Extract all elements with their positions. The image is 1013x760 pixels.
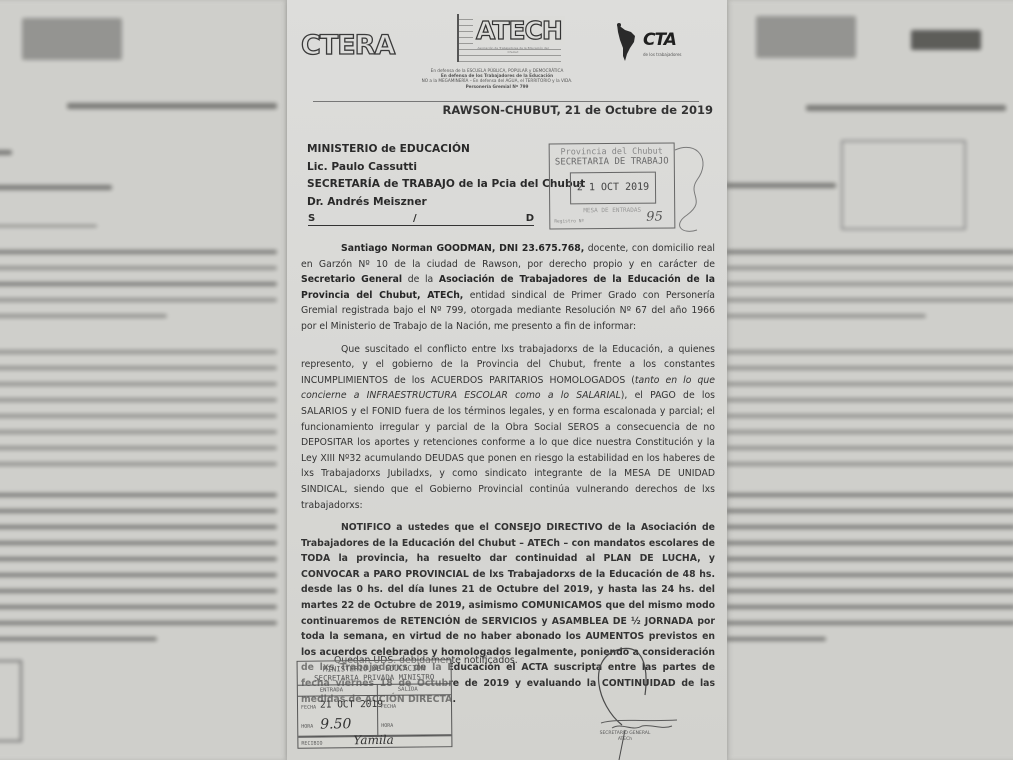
sd-slash: / (413, 213, 417, 224)
recibio-signature: Yamila (353, 733, 394, 747)
fecha-value: 21 OCT 2019 (320, 699, 383, 711)
fecha-label: FECHA (301, 705, 316, 711)
header-divider (313, 101, 699, 102)
secretaria-trabajo-stamp: Provincia del Chubut SECRETARIA DE TRABA… (549, 142, 676, 229)
fecha-label-salida: FECHA (381, 704, 396, 710)
atech-logo: ATECH Asociación de Trabajadores de la E… (457, 14, 561, 62)
latin-america-map-icon (615, 22, 643, 62)
document-page: CTERA ATECH Asociación de Trabajadores d… (287, 0, 727, 760)
header-tagline: En defensa de la ESCUELA PÚBLICA, POPULA… (327, 68, 667, 89)
cta-logo: CTA de los trabajadores (615, 22, 705, 62)
stamp-col-entrada: ENTRADA (320, 687, 343, 693)
stamp-line: SECRETARIA DE TRABAJO (550, 156, 674, 167)
ministerio-entry-stamp: MINISTERIO DE EDUCACION SECRETARIA PRIVA… (297, 659, 453, 749)
signature-caption: SECRETARIO GENERAL ATECh (595, 731, 655, 743)
text-span: ), el PAGO de los SALARIOS y el FONID fu… (301, 390, 715, 510)
recipient-line: Dr. Andrés Meiszner (307, 196, 585, 214)
cta-logo-subtitle: de los trabajadores (643, 52, 682, 57)
hora-value: 9.50 (320, 716, 351, 732)
atech-logo-subtitle: Asociación de Trabajadores de la Educaci… (473, 46, 553, 54)
atech-logo-text: ATECH (473, 16, 565, 45)
paragraph-context: Que suscitado el conflicto entre lxs tra… (301, 342, 715, 514)
tagline-line: Personería Gremial Nº 799 (327, 84, 667, 89)
hora-label-salida: HORA (381, 723, 393, 729)
text-span: de la (402, 274, 439, 285)
stamp-line: SECRETARIA PRIVADA MINISTRO (298, 672, 451, 686)
recipient-block: MINISTERIO de EDUCACIÓN Lic. Paulo Cassu… (307, 143, 585, 213)
stamp-date: 2 1 OCT 2019 (570, 172, 656, 205)
ctera-logo: CTERA (301, 30, 394, 61)
stamp-col-salida: SALIDA (398, 687, 418, 693)
paragraph-intro: Santiago Norman GOODMAN, DNI 23.675.768,… (301, 241, 715, 335)
sd-signature-line: S / D (308, 214, 534, 226)
blurred-document-copy-left (0, 0, 287, 760)
blurred-document-copy-right (726, 0, 1013, 760)
handwritten-scribble-icon (667, 140, 727, 240)
recipient-line: Lic. Paulo Cassutti (307, 161, 585, 179)
sd-s: S (308, 213, 315, 224)
sd-d: D (526, 213, 534, 224)
recipient-line: SECRETARÍA de TRABAJO de la Pcia del Chu… (307, 178, 585, 196)
stamp-registro-label: Registro Nº (554, 219, 584, 224)
recibio-label: RECIBIO (301, 741, 322, 747)
stamp-handwritten-number: 95 (646, 210, 663, 225)
cta-logo-text: CTA (643, 30, 676, 50)
recipient-line: MINISTERIO de EDUCACIÓN (307, 143, 585, 161)
sender-role: Secretario General (301, 274, 402, 285)
signature-org: ATECh (595, 737, 655, 743)
sender-name: Santiago Norman GOODMAN, DNI 23.675.768, (341, 243, 584, 254)
hora-label: HORA (301, 724, 313, 730)
place-date: RAWSON-CHUBUT, 21 de Octubre de 2019 (442, 103, 713, 117)
